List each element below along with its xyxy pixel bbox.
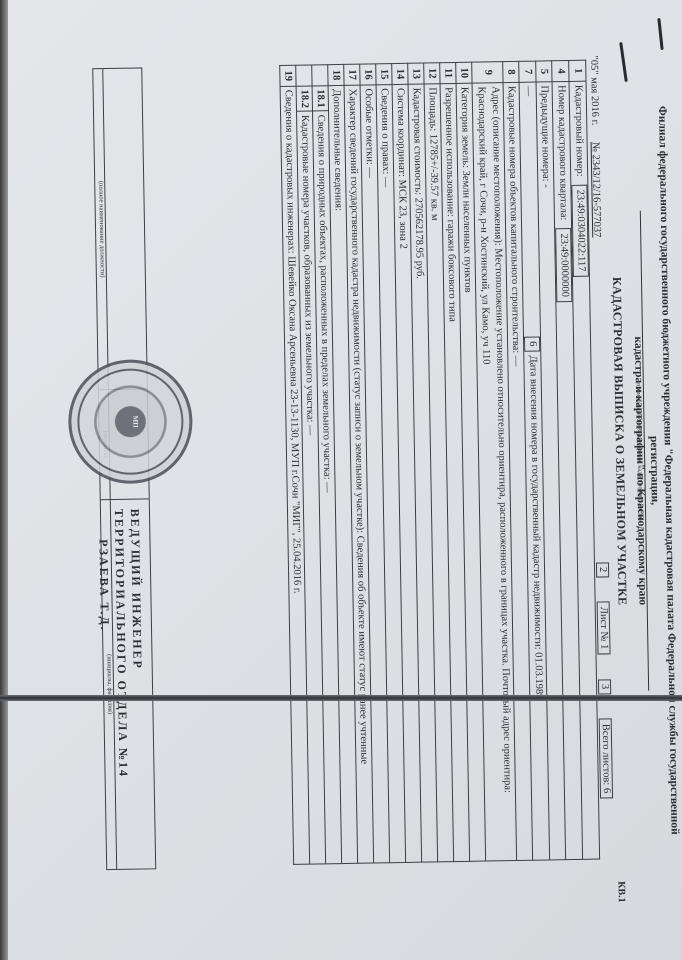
scanned-document-photo: Филиал федерального государственного бюд… bbox=[0, 0, 682, 960]
row-number: 7 bbox=[519, 61, 536, 82]
row-number: 19 bbox=[280, 65, 296, 86]
row-number: 14 bbox=[392, 63, 408, 84]
row-label: — bbox=[523, 86, 534, 97]
row-indent bbox=[312, 65, 328, 86]
position-cell: (полное наименование должности) bbox=[93, 68, 147, 390]
document-title: КАДАСТРОВАЯ ВЫПИСКА О ЗЕМЕЛЬНОМ УЧАСТКЕ bbox=[607, 181, 631, 701]
row-label: Сведения о правах: — bbox=[379, 88, 392, 187]
row-number: 17 bbox=[344, 64, 360, 85]
row-number: 16 bbox=[360, 64, 376, 85]
row-number: 8 bbox=[503, 61, 519, 82]
row-label: Номер кадастрового квартала: bbox=[556, 85, 569, 221]
issuer-header: Филиал федерального государственного бюд… bbox=[627, 90, 682, 851]
row-number: 18.2 bbox=[296, 86, 312, 112]
row-number: 9 bbox=[472, 62, 503, 84]
sheet-label: Лист № 1 bbox=[597, 602, 611, 655]
pen-mark bbox=[657, 18, 663, 50]
row-label: Кадастровая стоимость: 270562178.95 руб. bbox=[411, 88, 425, 279]
row-number: 18.1 bbox=[312, 86, 328, 112]
form-code: КВ.1 bbox=[615, 881, 626, 903]
row-label: Дополнительные сведения: bbox=[331, 89, 344, 211]
row-number: 15 bbox=[376, 64, 392, 85]
aside-number: 6 bbox=[524, 336, 540, 352]
position-caption: (полное наименование должности) bbox=[95, 69, 109, 389]
row-number: 12 bbox=[424, 63, 440, 84]
row-number: 13 bbox=[408, 63, 424, 84]
row-number: 11 bbox=[440, 62, 456, 83]
cadastral-extract-page: Филиал федерального государственного бюд… bbox=[82, 50, 682, 940]
paper-fold-line bbox=[0, 695, 682, 701]
total-sheets: Всего листов: 6 bbox=[599, 719, 613, 799]
row-label: Разрешенное использование: гаражи боксов… bbox=[443, 87, 458, 322]
row-number: 10 bbox=[456, 62, 472, 83]
cadastral-table: 1Кадастровый номер:23:49:0304022:1174Ном… bbox=[279, 60, 600, 865]
seal-center-text: МП bbox=[130, 363, 140, 481]
row-label: Особые отметки: — bbox=[363, 88, 376, 178]
document-number: № 2343/12/16-577037 bbox=[590, 142, 603, 238]
row-number: 1 bbox=[569, 60, 586, 81]
row-number: 5 bbox=[536, 61, 552, 82]
document-date: "05" мая 2016 г. bbox=[588, 55, 600, 125]
issuer-line-1: Филиал федерального государственного бюд… bbox=[648, 106, 681, 835]
total-col-num: 3 bbox=[598, 679, 611, 694]
row-label: Система координат: МСК 23, зона 2 bbox=[395, 88, 409, 249]
row-label: Площадь: 12785+/-39.57 кв. м bbox=[427, 87, 440, 220]
row-label: Предыдущие номера: - bbox=[539, 85, 552, 187]
row-number: 18 bbox=[328, 64, 344, 85]
round-seal-icon: МП bbox=[67, 359, 193, 485]
row-number: 4 bbox=[552, 60, 569, 81]
row-indent bbox=[296, 65, 312, 86]
official-stamp-text: ВЕДУЩИЙ ИНЖЕНЕР ТЕРРИТОРИАЛЬНОГО ОТДЕЛА … bbox=[95, 508, 148, 778]
row-label: Кадастровый номер: bbox=[573, 85, 586, 177]
page-edge-shadow bbox=[0, 0, 8, 960]
row-value: 23:49:0304022:117 bbox=[571, 184, 589, 276]
sheet-col-num: 2 bbox=[596, 562, 609, 577]
row-label: Категория земель: Земли населенных пункт… bbox=[459, 87, 474, 293]
row-value: 23:49:0000000 bbox=[555, 228, 572, 302]
sheet-info: 2 Лист № 1 3 Всего листов: 6 bbox=[597, 554, 613, 812]
